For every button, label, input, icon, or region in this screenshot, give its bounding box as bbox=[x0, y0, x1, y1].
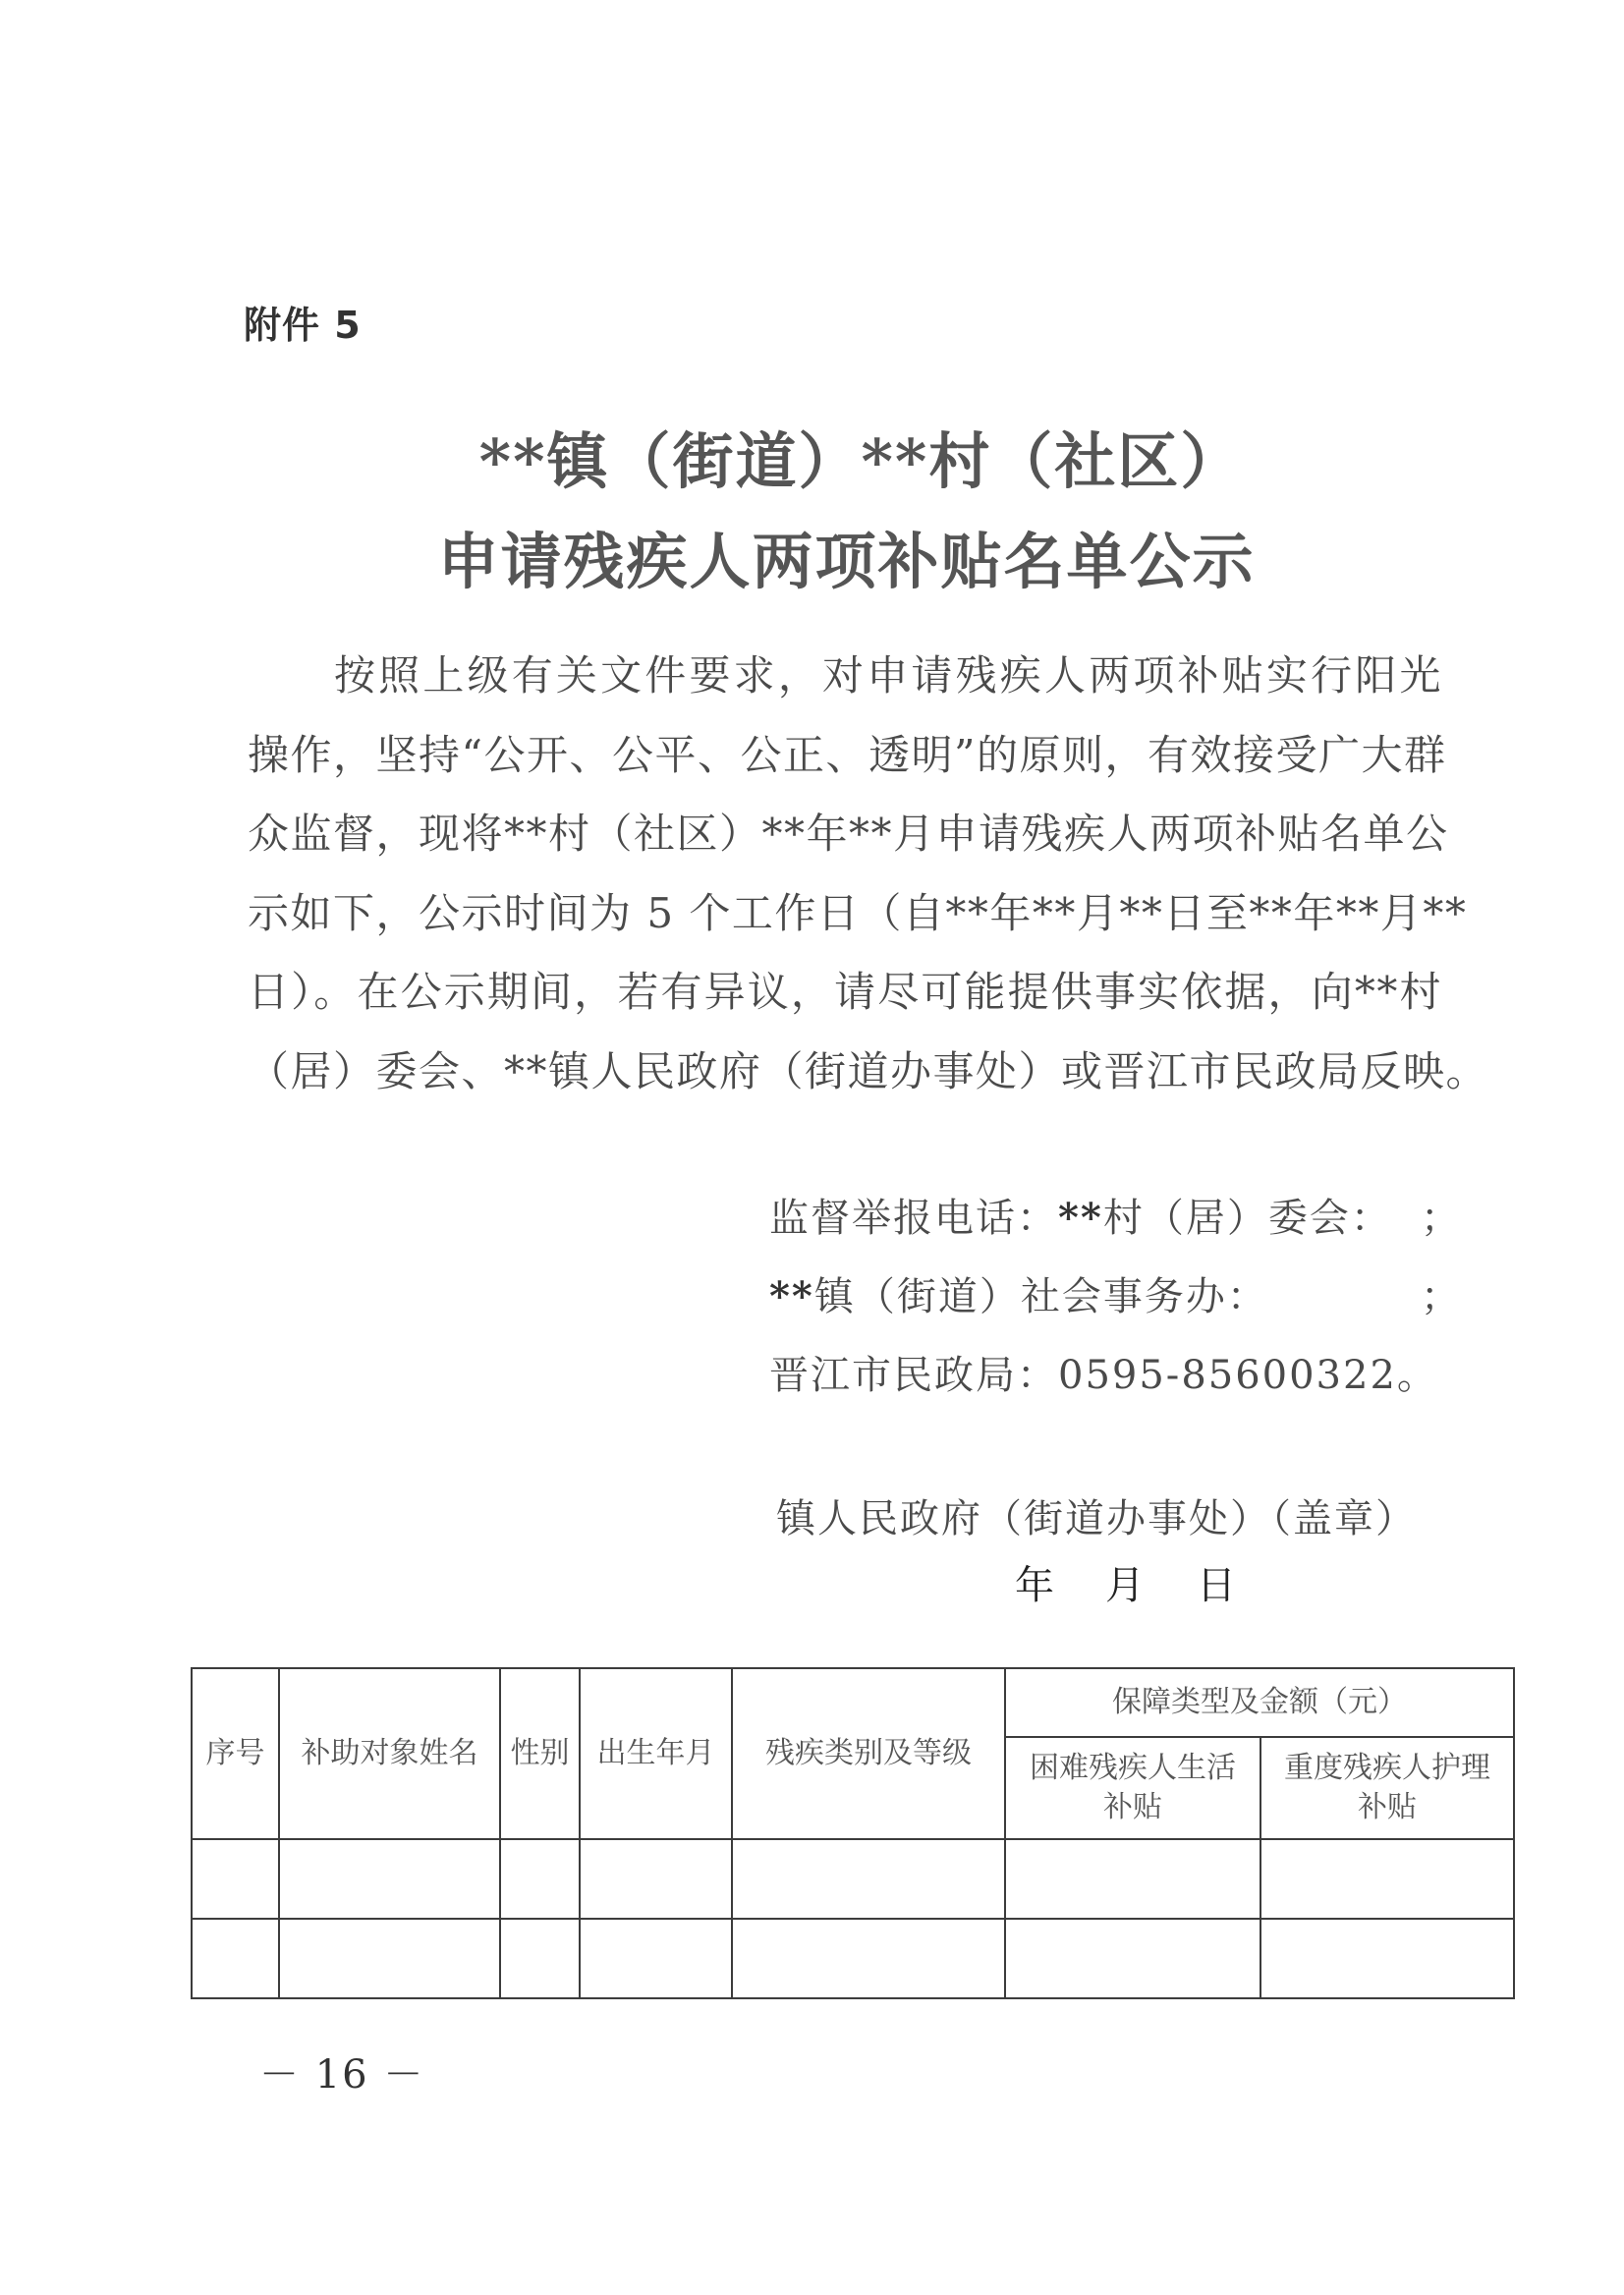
header-seq: 序号 bbox=[192, 1668, 279, 1839]
subsidy-list-table: 序号 补助对象姓名 性别 出生年月 残疾类别及等级 保障类型及金额（元） 困难残… bbox=[191, 1667, 1515, 1999]
town-phone-end: ； bbox=[1421, 1265, 1460, 1321]
cell bbox=[1005, 1839, 1260, 1919]
bureau-line: 晋江市民政局：0595-85600322。 bbox=[769, 1344, 1438, 1400]
cell bbox=[500, 1839, 580, 1919]
header-gender: 性别 bbox=[500, 1668, 580, 1839]
date-day: 日 bbox=[1197, 1554, 1236, 1610]
cell bbox=[1260, 1919, 1514, 1998]
town-office-line: **镇（街道）社会事务办： bbox=[769, 1265, 1268, 1321]
attachment-label: 附件 5 bbox=[244, 295, 362, 349]
title-line-1: **镇（街道）**村（社区） bbox=[49, 413, 1624, 500]
village-phone-end: ； bbox=[1421, 1187, 1460, 1243]
cell bbox=[1260, 1839, 1514, 1919]
village-stars: ** bbox=[1058, 1195, 1103, 1241]
header-disability: 残疾类别及等级 bbox=[732, 1668, 1005, 1839]
paragraph-line: 众监督，现将**村（社区）**年**月申请残疾人两项补贴名单公 bbox=[248, 795, 1442, 874]
cell bbox=[580, 1839, 732, 1919]
header-name: 补助对象姓名 bbox=[279, 1668, 500, 1839]
town-stars: ** bbox=[769, 1273, 814, 1319]
header-nursing-subsidy: 重度残疾人护理补贴 bbox=[1260, 1737, 1514, 1839]
hotline-label: 监督举报电话： bbox=[769, 1196, 1058, 1241]
cell bbox=[192, 1839, 279, 1919]
table-row bbox=[192, 1839, 1514, 1919]
paragraph-line: （居）委会、**镇人民政府（街道办事处）或晋江市民政局反映。 bbox=[248, 1033, 1442, 1112]
notice-paragraph: 按照上级有关文件要求，对申请残疾人两项补贴实行阳光 操作，坚持“公开、公平、公正… bbox=[248, 637, 1442, 1111]
village-committee-label: 村（居）委会： bbox=[1103, 1196, 1392, 1241]
cell bbox=[732, 1919, 1005, 1998]
paragraph-line: 按照上级有关文件要求，对申请残疾人两项补贴实行阳光 bbox=[248, 637, 1442, 716]
paragraph-line: 示如下，公示时间为 5 个工作日（自**年**月**日至**年**月** bbox=[248, 874, 1442, 954]
page-number: － 16 － bbox=[259, 2043, 424, 2099]
town-office-label: 镇（街道）社会事务办： bbox=[814, 1274, 1268, 1319]
header-birth: 出生年月 bbox=[580, 1668, 732, 1839]
paragraph-line: 日）。在公示期间，若有异议，请尽可能提供事实依据，向**村 bbox=[248, 953, 1442, 1033]
header-living-subsidy: 困难残疾人生活补贴 bbox=[1005, 1737, 1260, 1839]
cell bbox=[279, 1919, 500, 1998]
date-year: 年 bbox=[1015, 1554, 1054, 1610]
cell bbox=[279, 1839, 500, 1919]
paragraph-line: 操作，坚持“公开、公平、公正、透明”的原则，有效接受广大群 bbox=[248, 716, 1442, 796]
cell bbox=[732, 1839, 1005, 1919]
date-month: 月 bbox=[1105, 1554, 1145, 1610]
cell bbox=[580, 1919, 732, 1998]
title-line-2: 申请残疾人两项补贴名单公示 bbox=[34, 513, 1624, 600]
header-guarantee-group: 保障类型及金额（元） bbox=[1005, 1668, 1514, 1737]
hotline-line: 监督举报电话：**村（居）委会： bbox=[769, 1187, 1392, 1243]
cell bbox=[500, 1919, 580, 1998]
signature-org: 镇人民政府（街道办事处）（盖章） bbox=[776, 1487, 1417, 1543]
table-row bbox=[192, 1919, 1514, 1998]
cell bbox=[192, 1919, 279, 1998]
bureau-phone: 0595-85600322。 bbox=[1058, 1353, 1438, 1398]
cell bbox=[1005, 1919, 1260, 1998]
bureau-label: 晋江市民政局： bbox=[769, 1353, 1058, 1398]
